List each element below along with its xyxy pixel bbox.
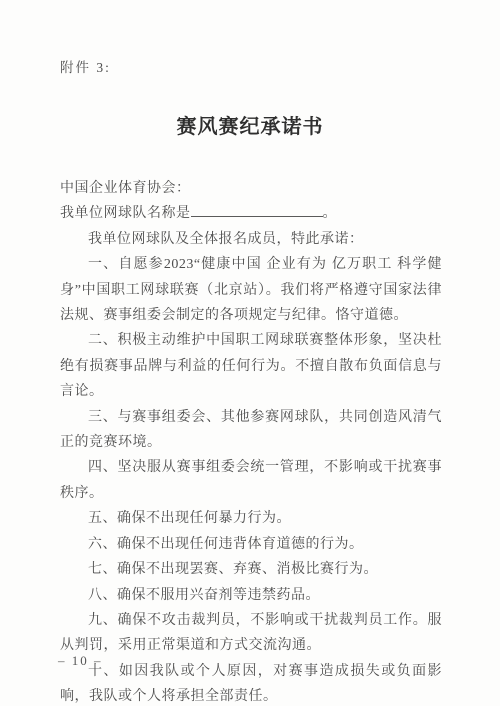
pledge-item: 一、自愿参2023“健康中国 企业有为 亿万职工 科学健身”中国职工网球联赛（北… <box>60 252 442 328</box>
team-name-prefix: 我单位网球队名称是 <box>60 206 191 221</box>
salutation: 中国企业体育协会： <box>60 176 442 201</box>
pledge-item: 六、确保不出现任何违背体育道德的行为。 <box>60 532 442 557</box>
pledge-item: 八、确保不服用兴奋剂等违禁药品。 <box>60 583 442 608</box>
pledge-item: 三、与赛事组委会、其他参赛网球队，共同创造风清气正的竞赛环境。 <box>60 405 442 456</box>
pledge-item: 九、确保不攻击裁判员，不影响或干扰裁判员工作。服从判罚，采用正常渠道和方式交流沟… <box>60 608 442 659</box>
document-page: 附件 3: 赛风赛纪承诺书 中国企业体育协会： 我单位网球队名称是。 我单位网球… <box>0 0 500 706</box>
page-number: – 10 – <box>58 653 103 669</box>
pledge-item: 四、坚决服从赛事组委会统一管理，不影响或干扰赛事秩序。 <box>60 455 442 506</box>
team-name-suffix: 。 <box>323 206 338 221</box>
document-body: 中国企业体育协会： 我单位网球队名称是。 我单位网球队及全体报名成员，特此承诺：… <box>60 176 442 706</box>
team-name-blank <box>191 202 323 218</box>
document-title: 赛风赛纪承诺书 <box>0 115 500 139</box>
attachment-label: 附件 3: <box>60 59 111 78</box>
pledge-item: 十、如因我队或个人原因，对赛事造成损失或负面影响，我队或个人将承担全部责任。 <box>60 659 442 706</box>
pledge-items: 一、自愿参2023“健康中国 企业有为 亿万职工 科学健身”中国职工网球联赛（北… <box>60 252 442 706</box>
team-name-line: 我单位网球队名称是。 <box>60 201 442 226</box>
pledge-item: 五、确保不出现任何暴力行为。 <box>60 506 442 531</box>
pledge-item: 二、积极主动维护中国职工网球联赛整体形象，坚决杜绝有损赛事品牌与利益的任何行为。… <box>60 328 442 404</box>
pledge-intro: 我单位网球队及全体报名成员，特此承诺： <box>60 227 442 252</box>
pledge-item: 七、确保不出现罢赛、弃赛、消极比赛行为。 <box>60 557 442 582</box>
